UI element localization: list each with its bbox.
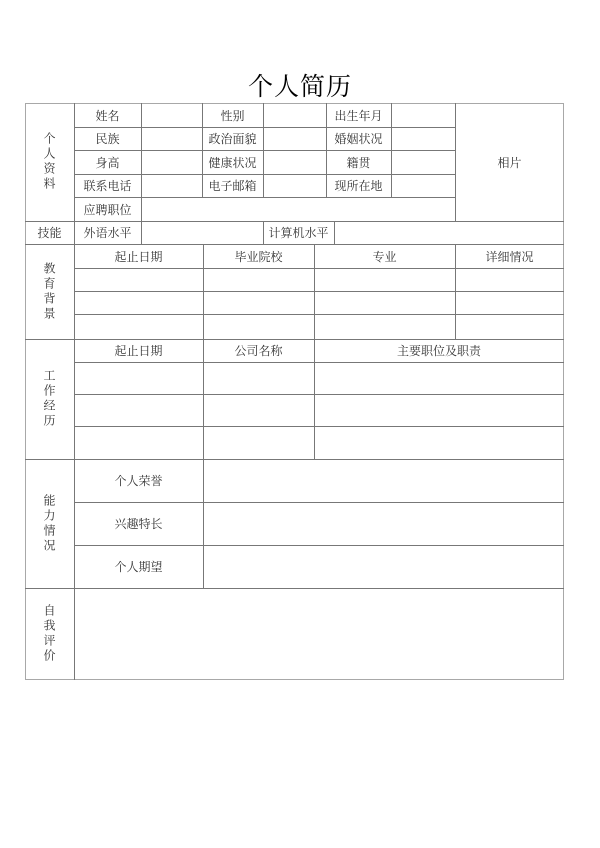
edu-header-details: 详细情况 <box>455 244 564 268</box>
photo-placeholder[interactable]: 相片 <box>455 103 564 221</box>
label-ethnicity: 民族 <box>74 127 141 150</box>
current-location-field[interactable] <box>391 174 455 197</box>
label-name: 姓名 <box>74 103 141 127</box>
edu-row-2-dates[interactable] <box>74 291 203 314</box>
label-birth-date: 出生年月 <box>326 103 391 127</box>
honors-field[interactable] <box>203 459 564 502</box>
work-row-2-duties[interactable] <box>314 394 564 426</box>
expectations-field[interactable] <box>203 545 564 588</box>
health-field[interactable] <box>263 150 326 174</box>
section-label-personal: 个人资料 <box>25 103 74 221</box>
work-row-2-company[interactable] <box>203 394 314 426</box>
work-row-1-dates[interactable] <box>74 362 203 394</box>
section-label-education: 教育背景 <box>25 244 74 339</box>
work-row-3-company[interactable] <box>203 426 314 459</box>
label-computer-skill: 计算机水平 <box>263 221 334 244</box>
label-marital-status: 婚姻状况 <box>326 127 391 150</box>
work-row-3-dates[interactable] <box>74 426 203 459</box>
label-gender: 性别 <box>202 103 263 127</box>
label-phone: 联系电话 <box>74 174 141 197</box>
gender-field[interactable] <box>263 103 326 127</box>
work-header-company: 公司名称 <box>203 339 314 362</box>
phone-field[interactable] <box>141 174 202 197</box>
section-label-work: 工作经历 <box>25 339 74 459</box>
label-email: 电子邮箱 <box>202 174 263 197</box>
label-honors: 个人荣誉 <box>74 459 203 502</box>
label-position-applied: 应聘职位 <box>74 197 141 221</box>
edu-header-school: 毕业院校 <box>203 244 314 268</box>
foreign-language-field[interactable] <box>141 221 263 244</box>
work-row-1-duties[interactable] <box>314 362 564 394</box>
edu-row-3-details[interactable] <box>455 314 564 339</box>
name-field[interactable] <box>141 103 202 127</box>
work-header-dates: 起止日期 <box>74 339 203 362</box>
edu-row-2-details[interactable] <box>455 291 564 314</box>
birth-date-field[interactable] <box>391 103 455 127</box>
edu-row-3-major[interactable] <box>314 314 455 339</box>
section-label-self-evaluation: 自我评价 <box>25 588 74 680</box>
label-height: 身高 <box>74 150 141 174</box>
work-row-3-duties[interactable] <box>314 426 564 459</box>
label-health: 健康状况 <box>202 150 263 174</box>
edu-row-1-details[interactable] <box>455 268 564 291</box>
ethnicity-field[interactable] <box>141 127 202 150</box>
edu-row-2-school[interactable] <box>203 291 314 314</box>
work-row-2-dates[interactable] <box>74 394 203 426</box>
label-foreign-language: 外语水平 <box>74 221 141 244</box>
edu-row-1-school[interactable] <box>203 268 314 291</box>
section-label-ability: 能力情况 <box>25 459 74 588</box>
label-native-place: 籍贯 <box>326 150 391 174</box>
label-political-status: 政治面貌 <box>202 127 263 150</box>
work-row-1-company[interactable] <box>203 362 314 394</box>
edu-header-dates: 起止日期 <box>74 244 203 268</box>
label-current-location: 现所在地 <box>326 174 391 197</box>
computer-skill-field[interactable] <box>334 221 564 244</box>
position-applied-field[interactable] <box>141 197 455 221</box>
edu-row-1-dates[interactable] <box>74 268 203 291</box>
work-header-duties: 主要职位及职责 <box>314 339 564 362</box>
edu-row-3-dates[interactable] <box>74 314 203 339</box>
native-place-field[interactable] <box>391 150 455 174</box>
edu-row-3-school[interactable] <box>203 314 314 339</box>
marital-status-field[interactable] <box>391 127 455 150</box>
edu-header-major: 专业 <box>314 244 455 268</box>
edu-row-2-major[interactable] <box>314 291 455 314</box>
page-title: 个人简历 <box>0 72 600 102</box>
self-evaluation-field[interactable] <box>74 588 564 680</box>
political-status-field[interactable] <box>263 127 326 150</box>
interests-field[interactable] <box>203 502 564 545</box>
edu-row-1-major[interactable] <box>314 268 455 291</box>
label-interests: 兴趣特长 <box>74 502 203 545</box>
height-field[interactable] <box>141 150 202 174</box>
email-field[interactable] <box>263 174 326 197</box>
section-label-skills: 技能 <box>25 221 74 244</box>
label-expectations: 个人期望 <box>74 545 203 588</box>
